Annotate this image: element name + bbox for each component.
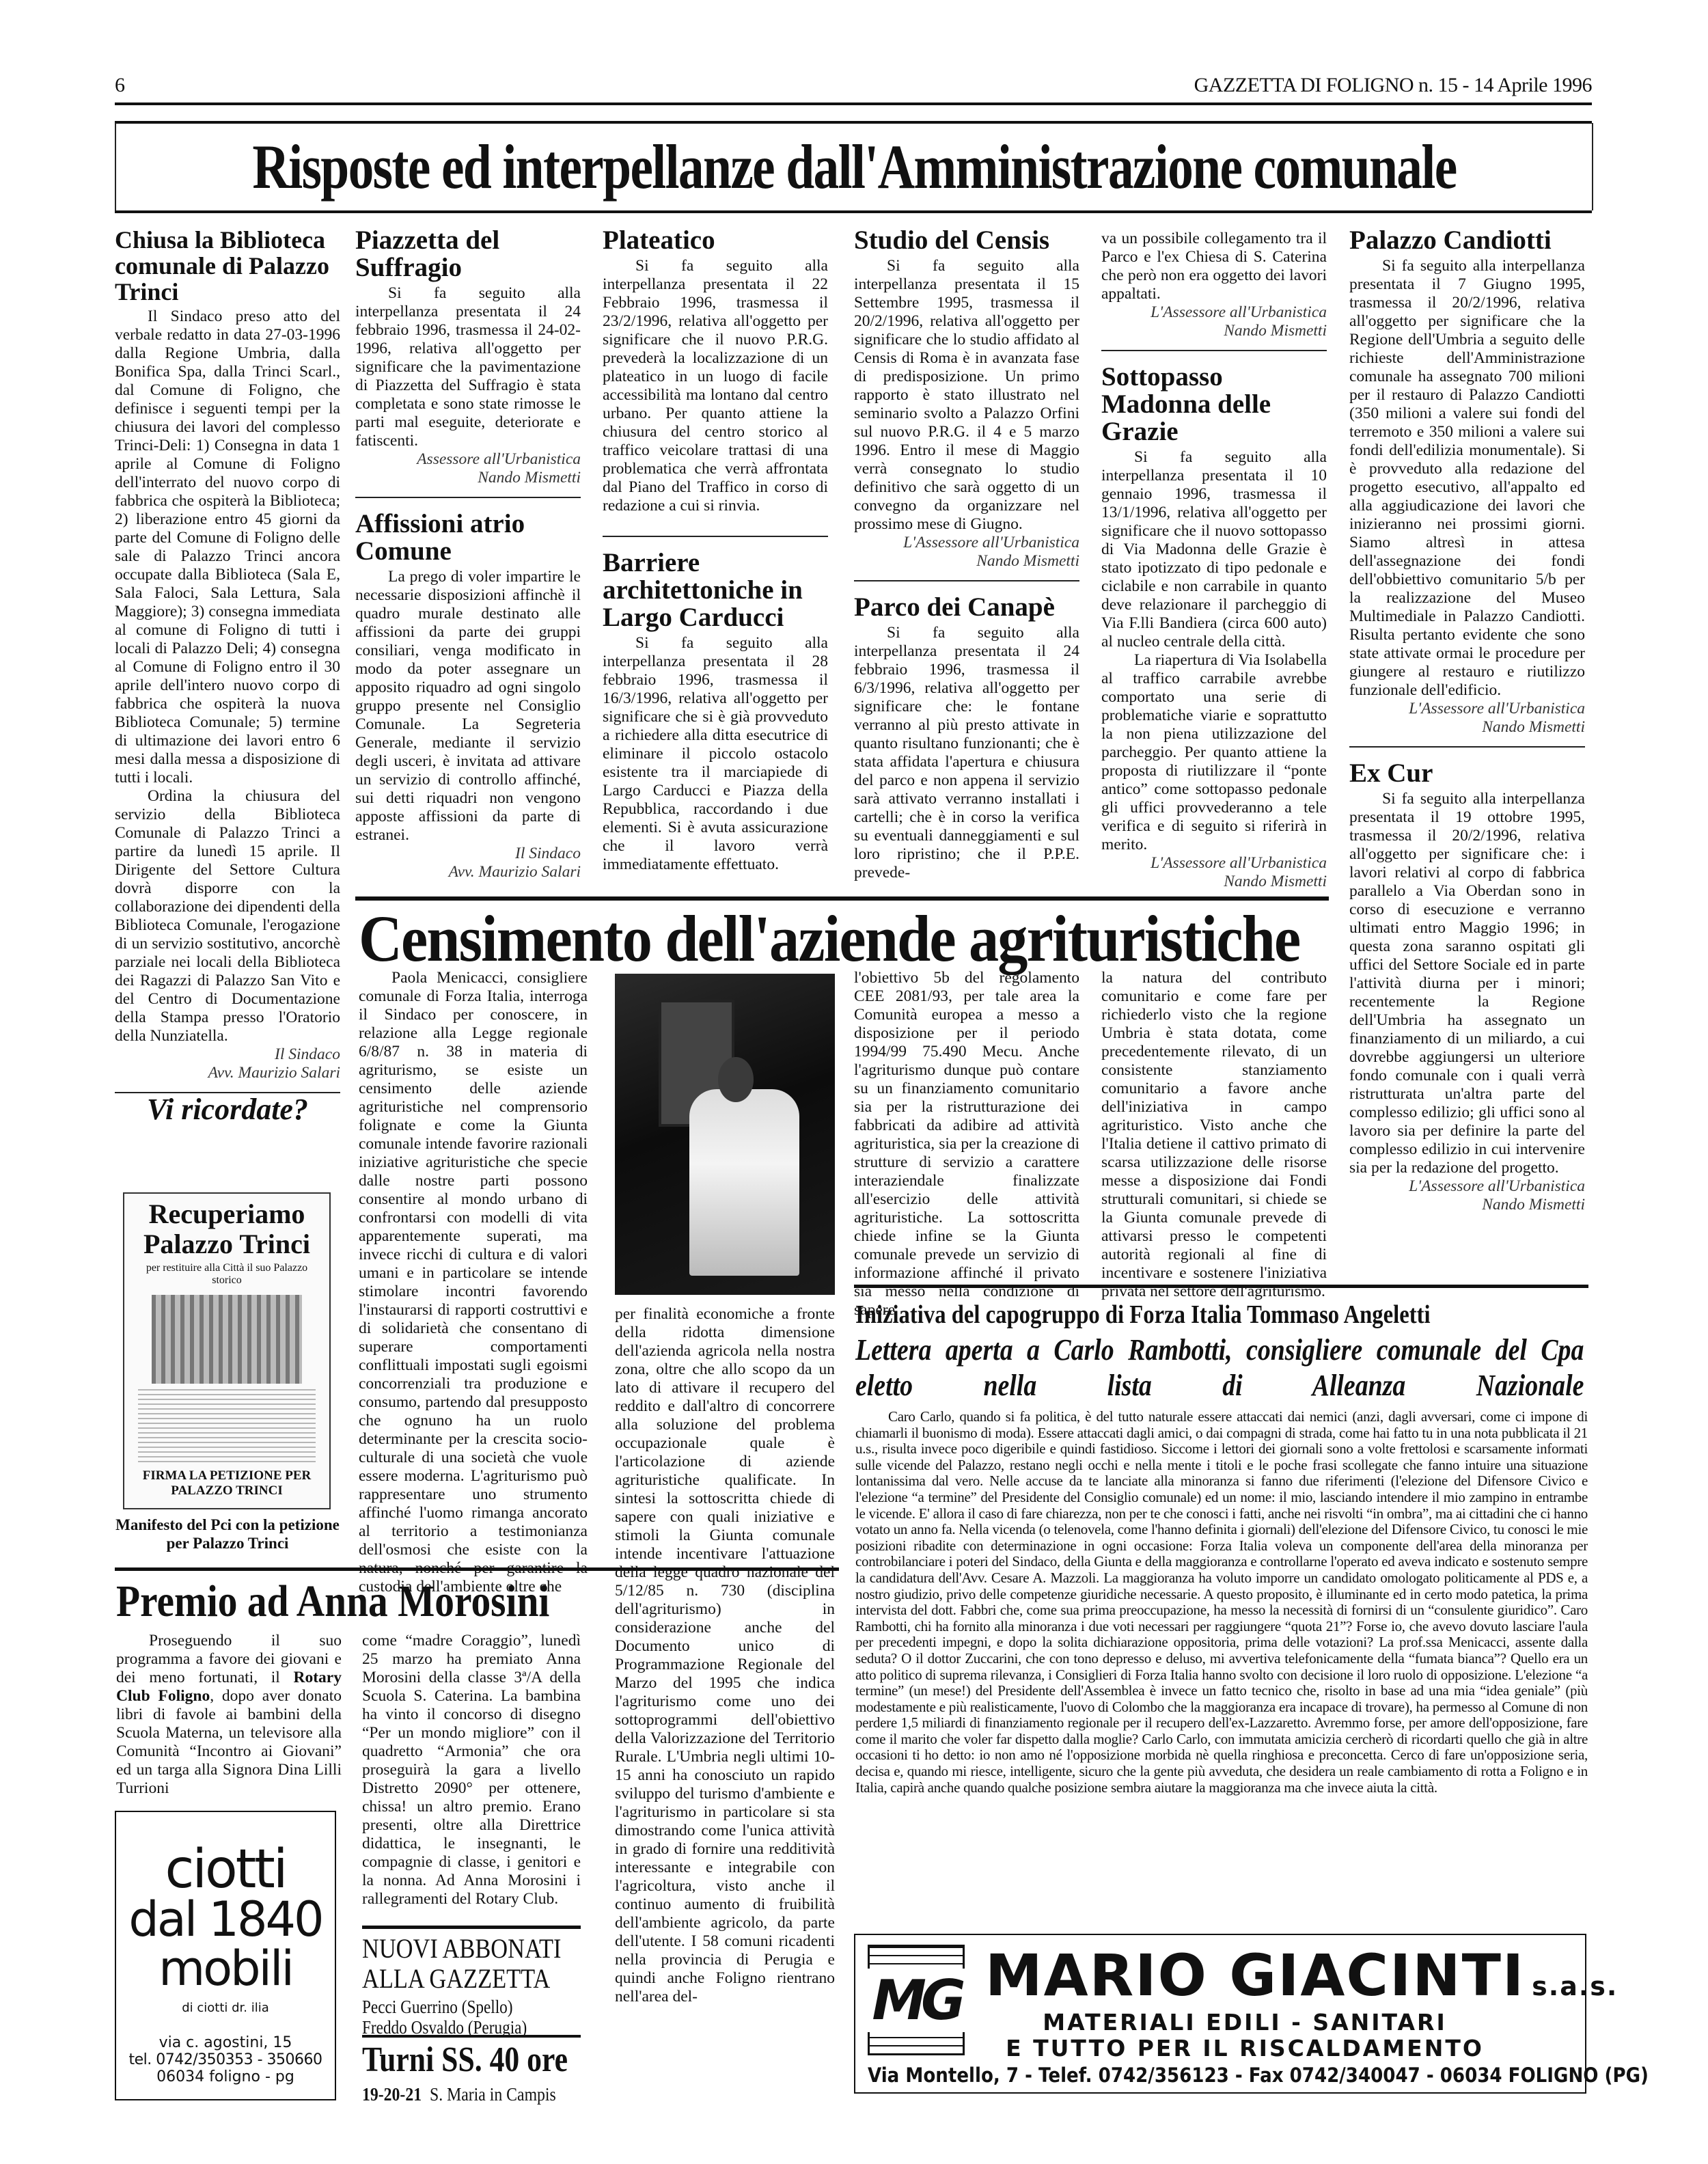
article-continuation: va un possibile collegamento tra il Parc… — [1101, 230, 1327, 303]
logo-letters: MG — [868, 1969, 964, 2032]
article-paragraph: per finalità economiche a fronte della r… — [615, 1305, 835, 2006]
signature-role: L'Assessore all'Urbanistica — [1349, 700, 1585, 718]
article-title: Chiusa la Biblioteca comunale di Palazzo… — [115, 227, 340, 305]
abbonati-title: ALLA GAZZETTA — [362, 1964, 556, 1994]
article-title: Sottopasso Madonna delle Grazie — [1101, 364, 1327, 446]
section-rule — [854, 1285, 1588, 1288]
masthead: GAZZETTA DI FOLIGNO n. 15 - 14 Aprile 19… — [1194, 74, 1592, 97]
section-title: Vi ricordate? — [115, 1100, 340, 1119]
article-paragraph: Ordina la chiusura del servizio della Bi… — [115, 787, 340, 1045]
morosini-col-2: come “madre Coraggio”, lunedì 25 marzo h… — [362, 1632, 581, 1908]
brand-name: MARIO GIACINTI — [985, 1942, 1525, 2009]
section-rule — [115, 1567, 839, 1571]
ad-ciotti-phone: tel. 0742/350353 - 350660 — [116, 2051, 335, 2068]
signature-role: L'Assessore all'Urbanistica — [1101, 854, 1327, 873]
giacinti-name: MARIO GIACINTIs.a.s. — [985, 1942, 1618, 2009]
lettera-body: Caro Carlo, quando si fa politica, è del… — [855, 1409, 1588, 1796]
headline-morosini: Premio ad Anna Morosini — [116, 1576, 549, 1628]
censimento-col-2: per finalità economiche a fronte della r… — [615, 1305, 835, 2006]
censimento-col-3: l'obiettivo 5b del regolamento CEE 2081/… — [854, 969, 1079, 1319]
article-title: Piazzetta del Suffragio — [355, 227, 581, 282]
giacinti-tagline: MATERIALI EDILI - SANITARI — [985, 2009, 1504, 2036]
article-paragraph: Si fa seguito alla interpellanza present… — [1101, 448, 1327, 651]
article-suffragio: Piazzetta del Suffragio Si fa seguito al… — [355, 227, 581, 881]
ad-ciotti-brand: ciotti — [116, 1844, 335, 1895]
article-biblioteca: Chiusa la Biblioteca comunale di Palazzo… — [115, 227, 340, 1119]
poster-fine-print — [138, 1389, 316, 1464]
poster-title: Palazzo Trinci — [124, 1229, 329, 1259]
ad-ciotti-address: via c. agostini, 15 — [116, 2034, 335, 2051]
page-number: 6 — [115, 74, 125, 97]
article-title: Palazzo Candiotti — [1349, 227, 1585, 254]
abbonato-name: Pecci Guerrino (Spello) — [362, 1997, 556, 2017]
signature-role: Il Sindaco — [115, 1045, 340, 1064]
article-title: Affissioni atrio Comune — [355, 510, 581, 565]
signature-role: L'Assessore all'Urbanistica — [1349, 1177, 1585, 1196]
article-title: Barriere architettoniche in Largo Carduc… — [603, 549, 828, 631]
banner-bottom-rule — [115, 210, 1592, 213]
banner: Risposte ed interpellanze dall'Amministr… — [115, 123, 1593, 210]
article-paragraph: Il Sindaco preso atto del verbale redatt… — [115, 307, 340, 787]
signature-name: Nando Mismetti — [854, 552, 1079, 571]
article-paragraph: Si fa seguito alla interpellanza present… — [603, 257, 828, 515]
signature-name: Avv. Maurizio Salari — [355, 863, 581, 881]
section-rule — [362, 2035, 581, 2038]
article-paragraph: la natura del contributo comunitario e c… — [1101, 969, 1327, 1301]
signature-role: L'Assessore all'Urbanistica — [1101, 303, 1327, 322]
giacinti-contact: Via Montello, 7 - Telef. 0742/356123 - F… — [868, 2064, 1649, 2087]
poster-caption: Manifesto del Pci con la petizione per P… — [115, 1516, 340, 1552]
ad-ciotti-since: dal 1840 — [116, 1895, 335, 1943]
article-paragraph: Si fa seguito alla interpellanza present… — [1349, 790, 1585, 1177]
lettera-title: Lettera aperta a Carlo Rambotti, consigl… — [855, 1332, 1584, 1403]
article-censis: Studio del Censis Si fa seguito alla int… — [854, 227, 1079, 882]
poster-footer: PALAZZO TRINCI — [124, 1483, 329, 1498]
article-plateatico: Plateatico Si fa seguito alla interpella… — [603, 227, 828, 874]
article-paragraph: Paola Menicacci, consigliere comunale di… — [359, 969, 588, 1596]
divider — [603, 536, 828, 537]
turni-details: 19-20-21 S. Maria in Campis — [362, 2084, 556, 2105]
ad-ciotti-product: mobili — [116, 1943, 335, 1994]
article-sottopasso: va un possibile collegamento tra il Parc… — [1101, 230, 1327, 891]
article-paragraph: Si fa seguito alla interpellanza present… — [603, 634, 828, 874]
turni-place: S. Maria in Campis — [430, 2084, 556, 2105]
brand-suffix: s.a.s. — [1532, 1971, 1618, 2001]
header-rule — [115, 102, 1592, 105]
article-paragraph: Caro Carlo, quando si fa politica, è del… — [855, 1409, 1588, 1796]
turni-title: Turni SS. 40 ore — [362, 2040, 568, 2080]
article-candiotti: Palazzo Candiotti Si fa seguito alla int… — [1349, 227, 1585, 1214]
ad-ciotti: ciotti dal 1840 mobili di ciotti dr. ili… — [115, 1811, 336, 2100]
poster-title: Recuperiamo — [124, 1199, 329, 1229]
photo-head — [718, 1057, 754, 1102]
ad-ciotti-city: 06034 foligno - pg — [116, 2068, 335, 2085]
ad-ciotti-owner: di ciotti dr. ilia — [116, 2001, 335, 2015]
palazzo-illustration — [152, 1295, 302, 1384]
divider — [1101, 350, 1327, 351]
poster-footer: FIRMA LA PETIZIONE PER — [124, 1468, 329, 1483]
article-paragraph: l'obiettivo 5b del regolamento CEE 2081/… — [854, 969, 1079, 1319]
photo-menicacci — [615, 974, 835, 1295]
censimento-col-1: Paola Menicacci, consigliere comunale di… — [359, 969, 588, 1596]
article-paragraph: come “madre Coraggio”, lunedì 25 marzo h… — [362, 1632, 581, 1908]
lettera-kicker: Iniziativa del capogruppo di Forza Itali… — [855, 1300, 1431, 1330]
photo-figure — [689, 1089, 799, 1276]
turni-dates: 19-20-21 — [362, 2084, 422, 2105]
giacinti-tagline: E TUTTO PER IL RISCALDAMENTO — [985, 2035, 1504, 2062]
banner-title: Risposte ed interpellanze dall'Amministr… — [252, 131, 1456, 203]
petition-poster: Recuperiamo Palazzo Trinci per restituir… — [123, 1192, 331, 1509]
divider — [355, 497, 581, 498]
signature-name: Nando Mismetti — [355, 469, 581, 487]
article-title: Plateatico — [603, 227, 828, 254]
abbonati-box: NUOVI ABBONATI ALLA GAZZETTA Pecci Guerr… — [362, 1934, 556, 2038]
article-paragraph: Si fa seguito alla interpellanza present… — [355, 284, 581, 450]
article-title: Ex Cur — [1349, 760, 1585, 787]
ad-giacinti: MG MARIO GIACINTIs.a.s. MATERIALI EDILI … — [854, 1934, 1586, 2094]
signature-name: Nando Mismetti — [1101, 322, 1327, 340]
signature-name: Avv. Maurizio Salari — [115, 1064, 340, 1082]
divider — [1349, 746, 1585, 748]
morosini-col-1: Proseguendo il suo programma a favore de… — [116, 1632, 342, 1798]
article-paragraph: Proseguendo il suo programma a favore de… — [116, 1632, 342, 1798]
signature-name: Nando Mismetti — [1349, 718, 1585, 737]
signature-role: Assessore all'Urbanistica — [355, 450, 581, 469]
article-paragraph: Si fa seguito alla interpellanza present… — [854, 257, 1079, 534]
article-paragraph: Si fa seguito alla interpellanza present… — [854, 624, 1079, 882]
giacinti-logo-icon: MG — [868, 1945, 965, 2055]
censimento-col-4: la natura del contributo comunitario e c… — [1101, 969, 1327, 1301]
abbonati-title: NUOVI ABBONATI — [362, 1934, 556, 1964]
signature-name: Nando Mismetti — [1101, 873, 1327, 891]
signature-role: Il Sindaco — [355, 845, 581, 863]
article-title: Parco dei Canapè — [854, 594, 1079, 621]
article-paragraph: La riapertura di Via Isolabella al traff… — [1101, 651, 1327, 854]
signature-role: L'Assessore all'Urbanistica — [854, 534, 1079, 552]
article-title: Studio del Censis — [854, 227, 1079, 254]
headline-censimento: Censimento dell'aziende agrituristiche — [359, 901, 1299, 976]
article-paragraph: Si fa seguito alla interpellanza present… — [1349, 257, 1585, 700]
signature-name: Nando Mismetti — [1349, 1196, 1585, 1214]
article-paragraph: La prego di voler impartire le necessari… — [355, 568, 581, 845]
section-rule — [362, 1926, 581, 1929]
divider — [854, 580, 1079, 581]
poster-subtitle: per restituire alla Città il suo Palazzo… — [124, 1259, 329, 1289]
